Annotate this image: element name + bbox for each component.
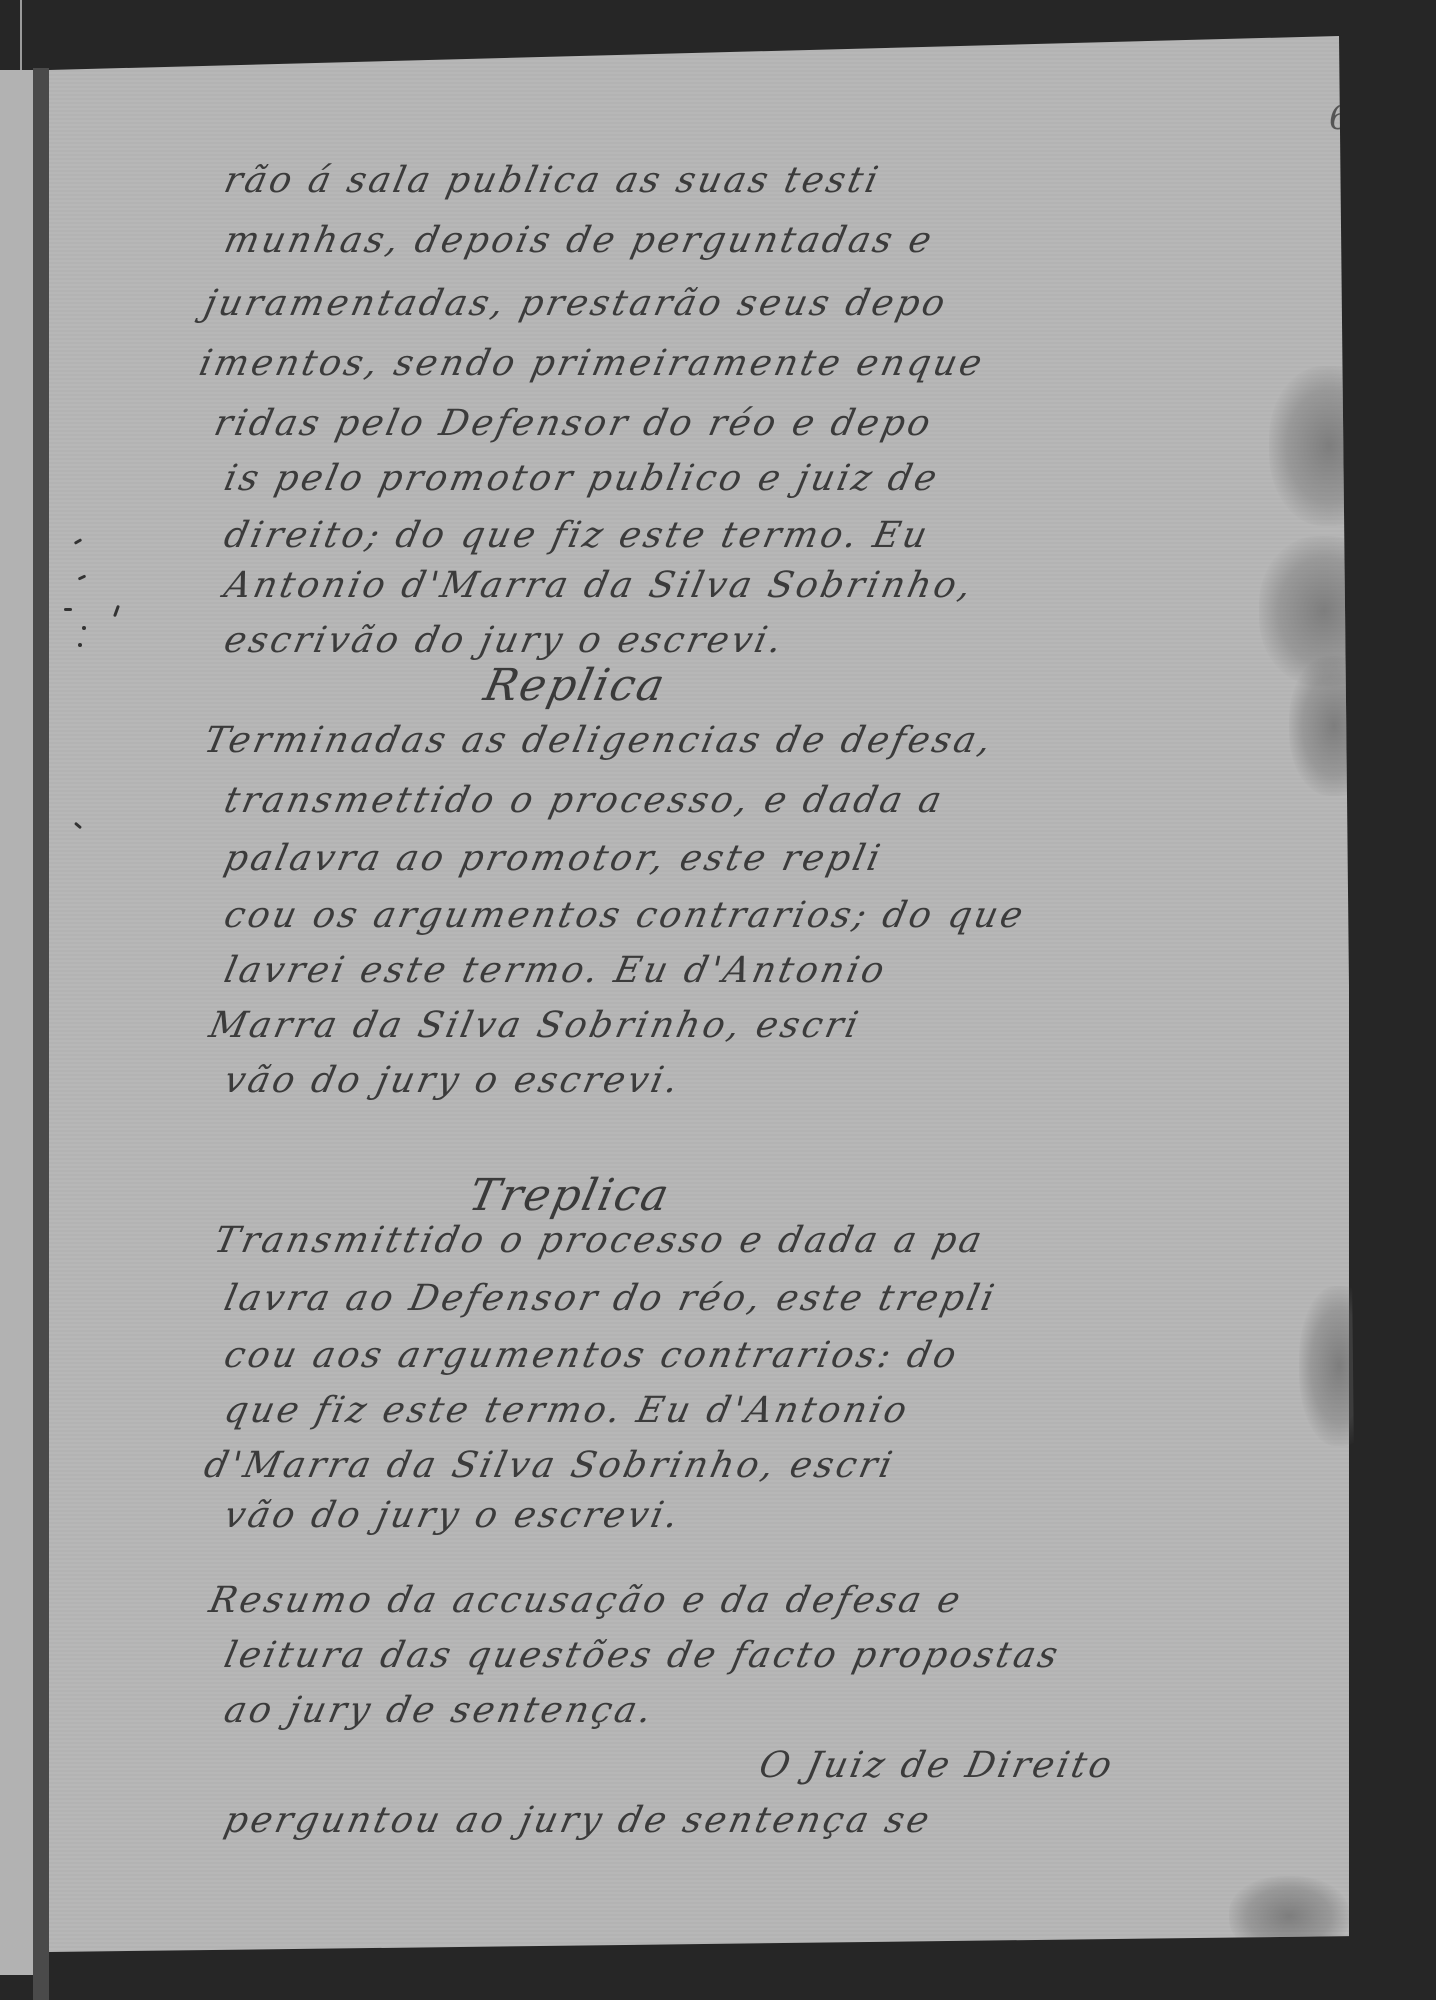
margin-mark xyxy=(78,643,82,647)
text-line: escrivão do jury o escrevi. xyxy=(221,620,789,661)
water-stain xyxy=(1229,1876,1349,1956)
text-line: cou os argumentos contrarios; do que xyxy=(221,895,1030,936)
water-stain xyxy=(1289,656,1379,796)
text-line: leitura das questões de facto propostas xyxy=(221,1635,1064,1676)
text-line: O Juiz de Direito xyxy=(756,1745,1119,1786)
text-line: munhas, depois de perguntadas e xyxy=(221,220,938,261)
text-line: palavra ao promotor, este repli xyxy=(221,838,887,879)
text-line: is pelo promotor publico e juiz de xyxy=(221,458,944,499)
text-line: que fiz este termo. Eu d'Antonio xyxy=(221,1390,914,1431)
text-line: Marra da Silva Sobrinho, escri xyxy=(206,1005,865,1046)
adjacent-page-edge xyxy=(0,70,34,1975)
text-line: lavrei este termo. Eu d'Antonio xyxy=(221,950,891,991)
section-heading-treplica: Treplica xyxy=(465,1170,675,1221)
margin-mark xyxy=(64,608,72,611)
text-line: vão do jury o escrevi. xyxy=(221,1060,685,1101)
section-heading-replica: Replica xyxy=(480,660,671,711)
text-line: direito; do que fiz este termo. Eu xyxy=(221,515,934,556)
text-line: ridas pelo Defensor do réo e depo xyxy=(211,403,937,444)
book-spine xyxy=(33,68,49,2000)
text-line: Resumo da accusação e da defesa e xyxy=(206,1580,967,1621)
text-line: Terminadas as deligencias de defesa, xyxy=(201,720,998,761)
text-line: d'Marra da Silva Sobrinho, escri xyxy=(201,1445,899,1486)
text-line: vão do jury o escrevi. xyxy=(221,1495,685,1536)
text-line: Transmittido o processo e dada a pa xyxy=(211,1220,989,1261)
text-line: cou aos argumentos contrarios: do xyxy=(221,1335,963,1376)
text-line: juramentadas, prestarão seus depo xyxy=(201,283,952,324)
water-stain xyxy=(1269,366,1389,526)
water-stain xyxy=(1299,1286,1379,1446)
page-number: 66 xyxy=(1329,98,1380,138)
text-line: imentos, sendo primeiramente enque xyxy=(196,343,989,384)
text-line: perguntou ao jury de sentença se xyxy=(221,1800,936,1841)
text-line: Antonio d'Marra da Silva Sobrinho, xyxy=(221,565,978,606)
text-line: rão á sala publica as suas testi xyxy=(221,160,885,201)
text-line: lavra ao Defensor do réo, este trepli xyxy=(221,1278,1001,1319)
text-line: transmettido o processo, e dada a xyxy=(221,780,948,821)
margin-mark xyxy=(82,626,86,630)
spine-line xyxy=(20,0,22,70)
text-line: ao jury de sentença. xyxy=(221,1690,658,1731)
